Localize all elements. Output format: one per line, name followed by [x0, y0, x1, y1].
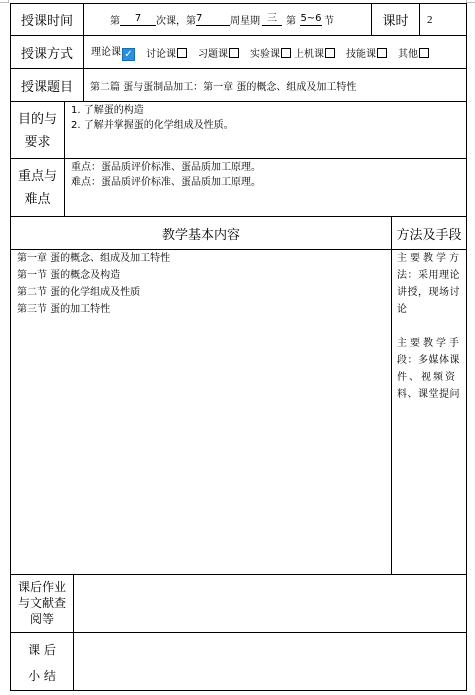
means-line: 件、视频资 — [397, 369, 466, 386]
label-text: 目的与 — [11, 108, 64, 131]
method-line: 论 — [397, 301, 466, 318]
difficulty-line: 难点：蛋品质评价标准、蛋品质加工原理。 — [71, 175, 466, 190]
option-label: 讨论课 — [146, 49, 176, 60]
label-text: 授课题目 — [21, 76, 73, 95]
page-corner-mark — [466, 0, 475, 3]
header-text: 方法及手段 — [396, 224, 461, 243]
methods-header: 方法及手段 — [391, 216, 467, 250]
text-mid3: 第 — [286, 12, 296, 27]
label-text: 难点 — [11, 188, 64, 211]
lesson-topic-field[interactable]: 第二篇 蛋与蛋制品加工：第一章 蛋的概念、组成及加工特性 — [83, 68, 467, 102]
label-text: 小 结 — [11, 663, 73, 689]
period-range[interactable]: 5~6 — [300, 13, 322, 26]
option-computer[interactable]: 上机课 — [294, 45, 335, 60]
key-point-line: 重点：蛋品质评价标准、蛋品质加工原理。 — [71, 160, 466, 175]
means-line: 主要教学手 — [397, 335, 466, 352]
option-label: 理论课 — [91, 47, 121, 58]
class-hours-value[interactable]: 2 — [419, 3, 467, 36]
checkbox-icon[interactable] — [177, 48, 187, 58]
label-text: 与文献查 — [11, 595, 73, 611]
label-teaching-mode: 授课方式 — [10, 35, 84, 69]
homework-field[interactable] — [73, 574, 467, 633]
content-line: 第一节 蛋的概念及构造 — [17, 267, 391, 284]
label-text: 授课方式 — [21, 43, 73, 62]
label-summary: 课 后 小 结 — [10, 632, 74, 691]
option-label: 实验课 — [250, 49, 280, 60]
checkbox-icon[interactable] — [377, 48, 387, 58]
label-text: 授课时间 — [21, 10, 73, 29]
option-exercise[interactable]: 习题课 — [198, 45, 239, 60]
option-discussion[interactable]: 讨论课 — [146, 45, 187, 60]
content-line: 第一章 蛋的概念、组成及加工特性 — [17, 250, 391, 267]
weekday[interactable]: 三 — [262, 13, 282, 26]
header-text: 教学基本内容 — [162, 224, 240, 243]
label-homework: 课后作业 与文献查 阅等 — [10, 574, 74, 633]
checkbox-icon[interactable] — [419, 48, 429, 58]
option-label: 其他 — [398, 49, 418, 60]
label-text: 课后作业 — [11, 579, 73, 595]
checkbox-checked-icon[interactable]: ✓ — [122, 48, 135, 61]
content-body[interactable]: 第一章 蛋的概念、组成及加工特性 第一节 蛋的概念及构造 第二节 蛋的化学组成及… — [10, 249, 392, 575]
option-lab[interactable]: 实验课 — [250, 45, 291, 60]
label-text: 重点与 — [11, 165, 64, 188]
objective-line: 1. 了解蛋的构造 — [71, 103, 466, 118]
label-text: 课时 — [382, 10, 408, 29]
option-other[interactable]: 其他 — [398, 45, 429, 60]
label-teaching-time: 授课时间 — [10, 3, 84, 36]
option-label: 习题课 — [198, 49, 228, 60]
spacer — [397, 318, 466, 335]
page-corner-mark — [0, 0, 9, 3]
objectives-field[interactable]: 1. 了解蛋的构造 2. 了解并掌握蛋的化学组成及性质。 — [64, 101, 467, 159]
summary-field[interactable] — [73, 632, 467, 691]
content-header: 教学基本内容 — [10, 216, 392, 250]
teaching-mode-options: 理论课✓ 讨论课 习题课 实验课 上机课 技能课 其他 — [83, 35, 467, 69]
checkbox-icon[interactable] — [281, 48, 291, 58]
text-mid1: 次课，第 — [156, 12, 196, 27]
method-line: 讲授，现场讨 — [397, 284, 466, 301]
value-text: 第二篇 蛋与蛋制品加工：第一章 蛋的概念、组成及加工特性 — [90, 78, 356, 93]
means-line: 料、课堂提问 — [397, 386, 466, 403]
option-lecture[interactable]: 理论课✓ — [91, 43, 135, 61]
week-number[interactable]: 7 — [196, 13, 230, 26]
label-text: 要求 — [11, 131, 64, 154]
label-text: 阅等 — [11, 611, 73, 627]
value-text: 2 — [427, 14, 433, 26]
text-prefix: 第 — [110, 12, 120, 27]
option-label: 技能课 — [346, 49, 376, 60]
methods-body[interactable]: 主要教学方 法：采用理论 讲授，现场讨 论 主要教学手 段：多媒体课 件、视频资… — [391, 249, 467, 575]
label-objectives: 目的与 要求 — [10, 101, 65, 159]
content-line: 第二节 蛋的化学组成及性质 — [17, 284, 391, 301]
teaching-time-field[interactable]: 第 7 次课，第 7 周星期 三 第 5~6 节 — [83, 3, 372, 36]
session-number[interactable]: 7 — [120, 13, 156, 26]
text-suffix: 节 — [324, 12, 334, 27]
label-text: 课 后 — [11, 637, 73, 663]
label-key-points: 重点与 难点 — [10, 158, 65, 217]
label-class-hours: 课时 — [371, 3, 420, 36]
checkbox-icon[interactable] — [325, 48, 335, 58]
method-line: 法：采用理论 — [397, 267, 466, 284]
means-line: 段：多媒体课 — [397, 352, 466, 369]
method-line: 主要教学方 — [397, 250, 466, 267]
option-label: 上机课 — [294, 49, 324, 60]
key-points-field[interactable]: 重点：蛋品质评价标准、蛋品质加工原理。 难点：蛋品质评价标准、蛋品质加工原理。 — [64, 158, 467, 217]
objective-line: 2. 了解并掌握蛋的化学组成及性质。 — [71, 118, 466, 133]
checkbox-icon[interactable] — [229, 48, 239, 58]
label-lesson-topic: 授课题目 — [10, 68, 84, 102]
content-line: 第三节 蛋的加工特性 — [17, 301, 391, 318]
text-mid2: 周星期 — [230, 12, 260, 27]
option-skill[interactable]: 技能课 — [346, 45, 387, 60]
